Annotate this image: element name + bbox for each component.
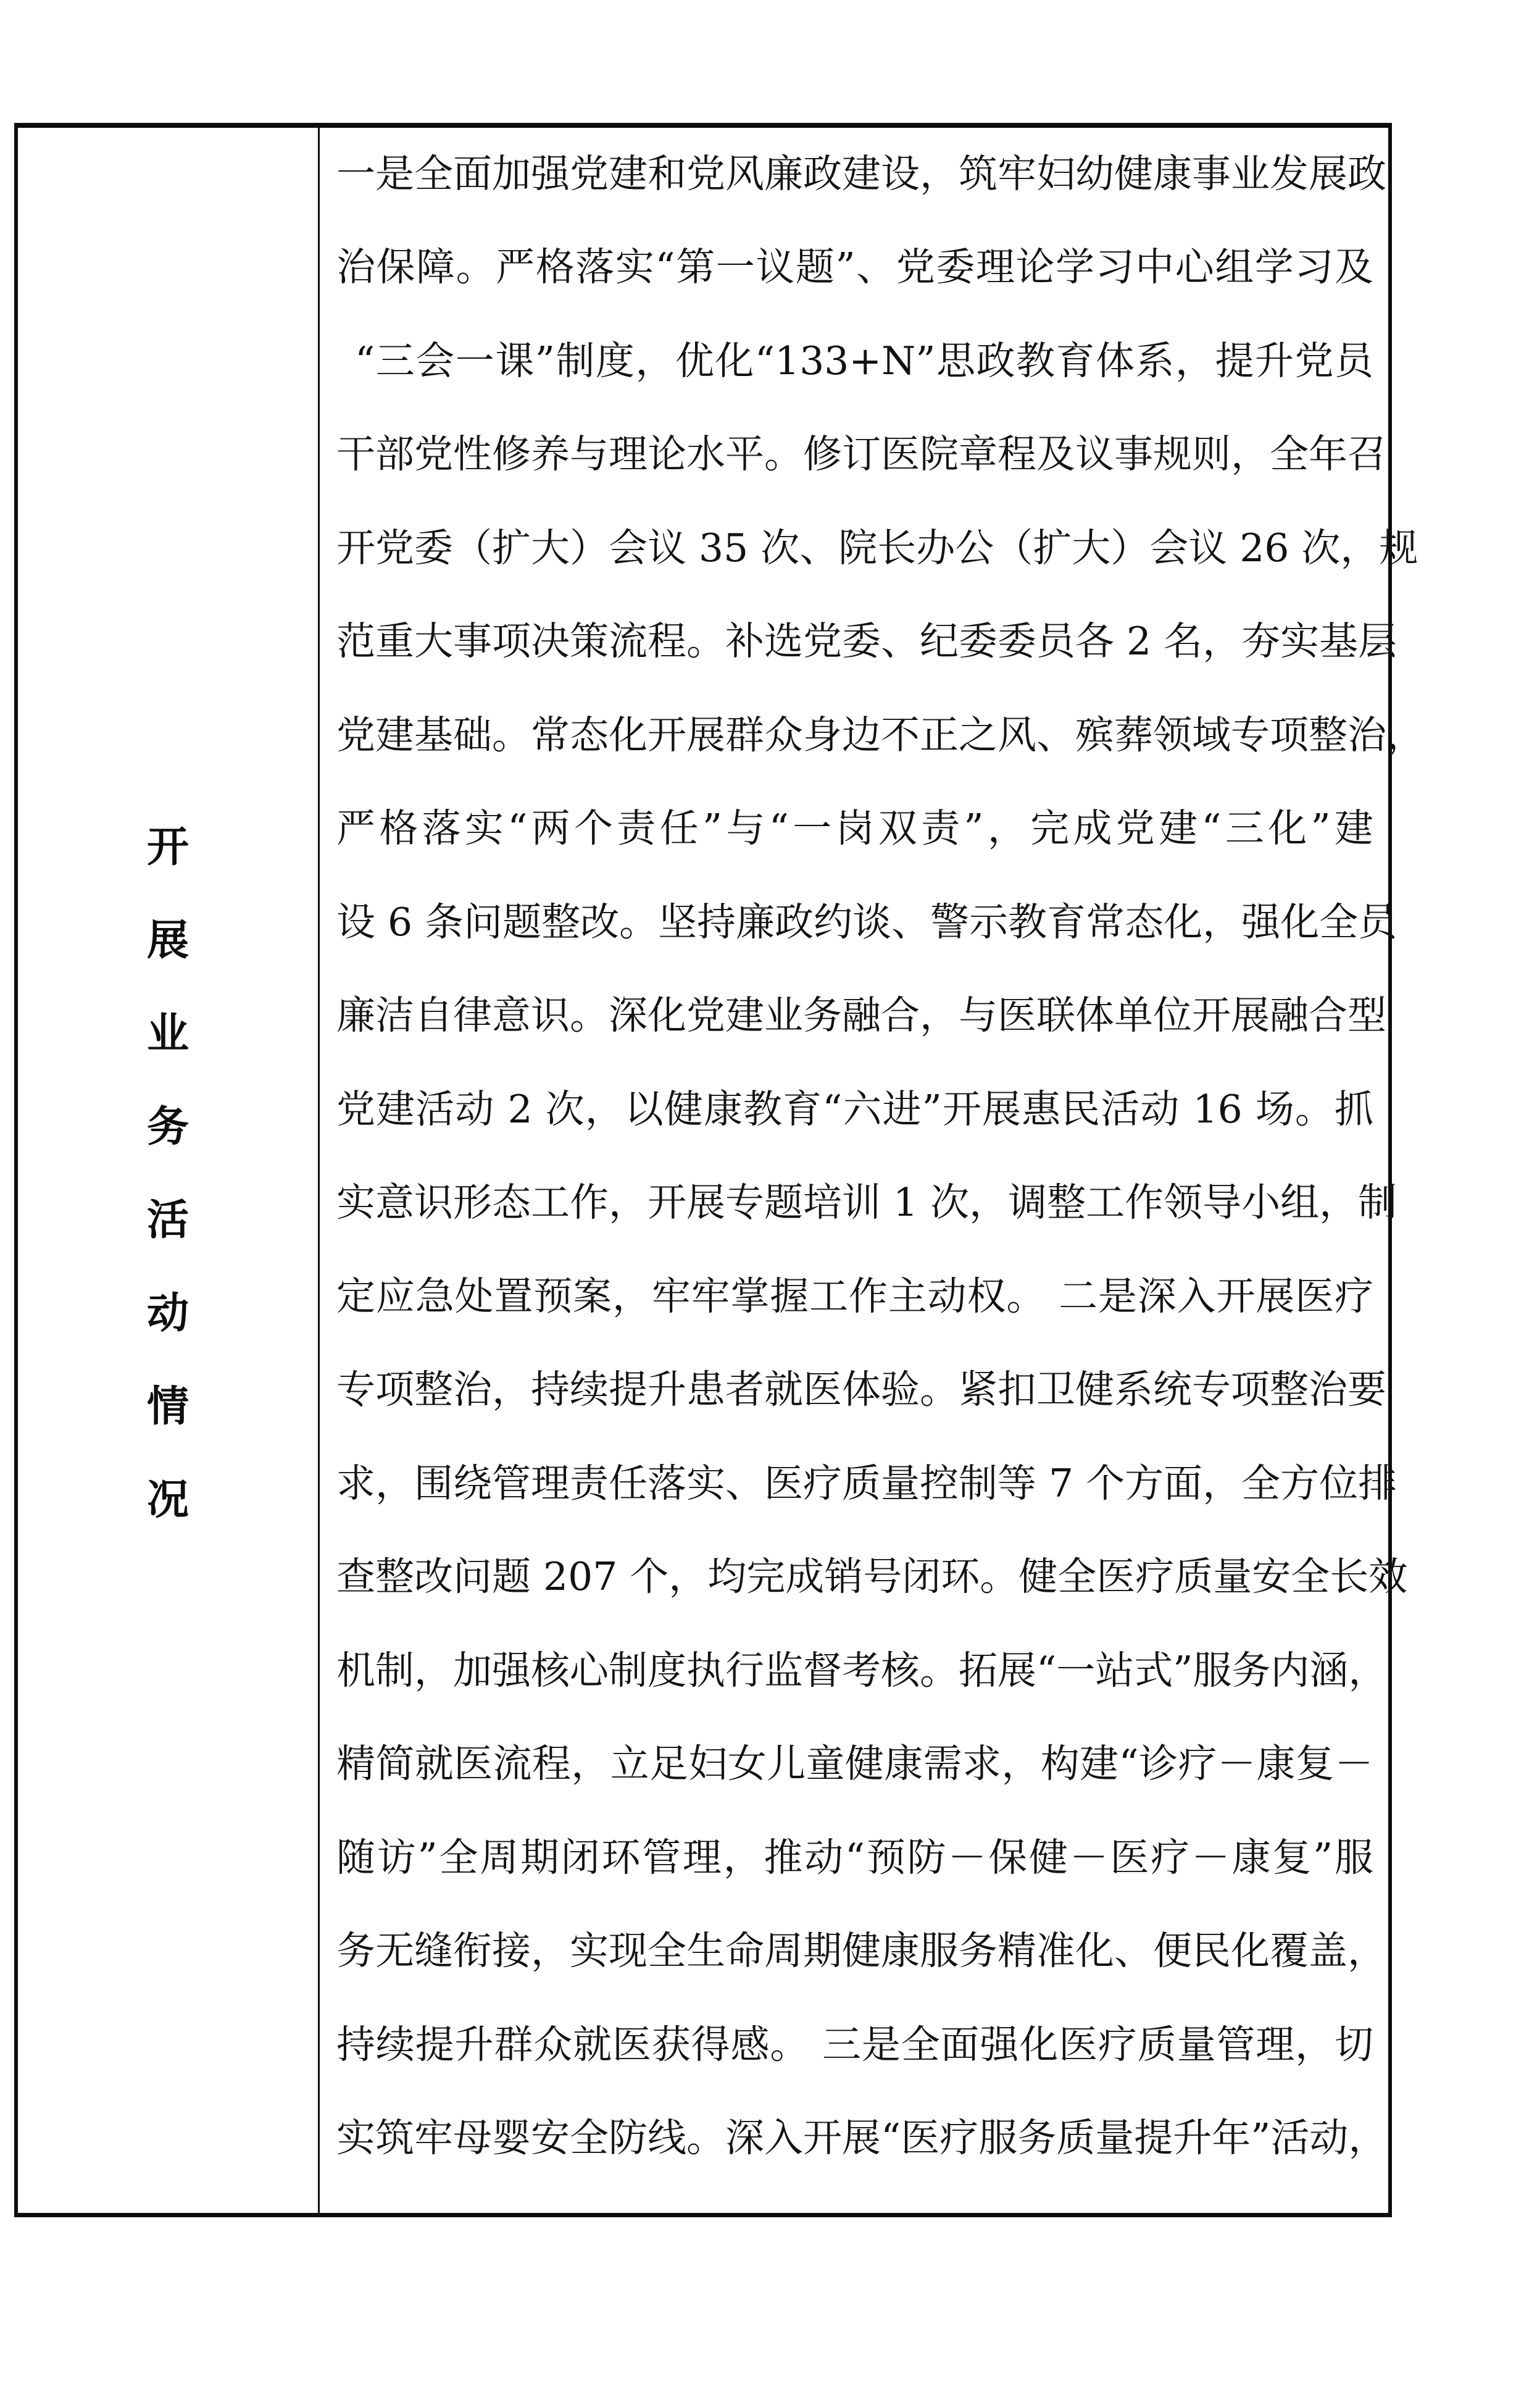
body-text-line: 实意识形态工作，开展专题培训 1 次，调整工作领导小组，制 xyxy=(336,1178,1373,1227)
section-label-char: 展 xyxy=(18,917,318,964)
body-text-line: 严格落实“两个责任”与“一岗双责”，完成党建“三化”建 xyxy=(336,804,1373,853)
body-text-line: 党建活动 2 次，以健康教育“六进”开展惠民活动 16 场。抓 xyxy=(336,1085,1373,1134)
body-text-line: 干部党性修养与理论水平。修订医院章程及议事规则，全年召 xyxy=(336,430,1373,479)
body-text-line: 开党委（扩大）会议 35 次、院长办公（扩大）会议 26 次，规 xyxy=(336,524,1373,573)
section-label-char: 开 xyxy=(18,824,318,871)
section-label-char: 务 xyxy=(18,1103,318,1150)
section-label-cell: 开 展 业 务 活 动 情 况 xyxy=(18,128,318,2213)
section-label-char: 动 xyxy=(18,1290,318,1337)
body-text-line: 务无缝衔接，实现全生命周期健康服务精准化、便民化覆盖， xyxy=(336,1926,1373,1976)
section-label-char: 活 xyxy=(18,1197,318,1244)
body-text-line: 实筑牢母婴安全防线。深入开展“医疗服务质量提升年”活动， xyxy=(336,2113,1373,2163)
column-divider xyxy=(318,128,320,2213)
body-text-line: 定应急处置预案，牢牢掌握工作主动权。 二是深入开展医疗 xyxy=(336,1272,1373,1321)
body-text-line: “三会一课”制度，优化“133+N”思政教育体系，提升党员 xyxy=(355,337,1373,386)
body-text-line: 求，围绕管理责任落实、医疗质量控制等 7 个方面，全方位排 xyxy=(336,1459,1373,1508)
body-text-line: 党建基础。常态化开展群众身边不正之风、殡葬领域专项整治， xyxy=(336,711,1373,760)
section-label-char: 况 xyxy=(18,1476,318,1523)
body-text-line: 随访”全周期闭环管理，推动“预防－保健－医疗－康复”服 xyxy=(336,1833,1373,1883)
body-text-line: 专项整治，持续提升患者就医体验。紧扣卫健系统专项整治要 xyxy=(336,1365,1373,1415)
body-text-line: 机制，加强核心制度执行监督考核。拓展“一站式”服务内涵， xyxy=(336,1646,1373,1695)
report-table: 开 展 业 务 活 动 情 况 一是全面加强党建和党风廉政建设，筑牢妇幼健康事业… xyxy=(14,123,1392,2217)
body-text-line: 设 6 条问题整改。坚持廉政约谈、警示教育常态化，强化全员 xyxy=(336,898,1373,947)
body-text-line: 一是全面加强党建和党风廉政建设，筑牢妇幼健康事业发展政 xyxy=(336,149,1373,199)
section-label-char: 情 xyxy=(18,1383,318,1430)
document-page: 开 展 业 务 活 动 情 况 一是全面加强党建和党风廉政建设，筑牢妇幼健康事业… xyxy=(0,0,1516,2408)
body-text-line: 持续提升群众就医获得感。 三是全面强化医疗质量管理，切 xyxy=(336,2020,1373,2070)
body-text-line: 范重大事项决策流程。补选党委、纪委委员各 2 名，夯实基层 xyxy=(336,617,1373,666)
body-text-line: 廉洁自律意识。深化党建业务融合，与医联体单位开展融合型 xyxy=(336,991,1373,1040)
body-text-line: 精简就医流程，立足妇女儿童健康需求，构建“诊疗－康复－ xyxy=(336,1739,1373,1789)
body-text-line: 治保障。严格落实“第一议题”、党委理论学习中心组学习及 xyxy=(336,243,1373,292)
section-label-char: 业 xyxy=(18,1010,318,1057)
section-content-cell: 一是全面加强党建和党风廉政建设，筑牢妇幼健康事业发展政 治保障。严格落实“第一议… xyxy=(336,128,1373,2213)
body-text-line: 查整改问题 207 个，均完成销号闭环。健全医疗质量安全长效 xyxy=(336,1552,1373,1602)
